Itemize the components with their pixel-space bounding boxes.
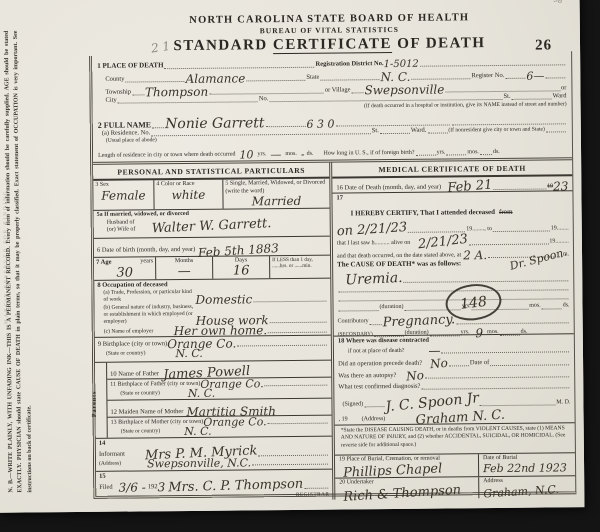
age-days-value: 16 (233, 264, 250, 277)
occupation-c-label: (c) Name of employer (104, 328, 174, 336)
section-18: 18 Where was disease contracted if not a… (334, 334, 575, 425)
operation-label: Did an operation precede death? (338, 360, 422, 369)
title-post: OF DEATH (392, 35, 486, 52)
township-or-label: or (561, 84, 566, 92)
where-contracted-value: — (428, 345, 440, 357)
us-residence-label: How long in U. S., if of foreign birth? (323, 149, 414, 157)
row-spouse: 5a If married, widowed, or divorced Husb… (94, 209, 330, 239)
duration-label: (duration) (380, 304, 404, 312)
dod-label: 16 Date of Death (month, day, and year) (336, 184, 441, 193)
row-sex-race-marital: 3 Sex Female 4 Color or Race white 5 Sin… (93, 179, 329, 212)
reg-district-value: 1-5012 (384, 60, 419, 70)
footnote: *State the DISEASE CAUSING DEATH, or in … (335, 423, 575, 455)
certify-to-19: 19........ (551, 225, 569, 233)
parents-section: Parents 10 Name of Father James Powell 1… (95, 361, 332, 439)
age-less-note: If LESS than 1 day, ......hrs. or ......… (272, 256, 328, 270)
race-value: white (171, 188, 205, 200)
city-no-label: No. (259, 95, 269, 103)
sex-value: Female (101, 189, 145, 201)
age-years-label: years (140, 258, 153, 266)
village-label: or Village (325, 86, 351, 94)
row-occupation: 8 Occupation of deceased (a) Trade, Prof… (94, 278, 331, 337)
certificate-header: NORTH CAROLINA STATE BOARD OF HEALTH BUR… (89, 11, 570, 56)
ds-label: ds. (307, 150, 314, 158)
certify-from-struck: from (499, 208, 513, 216)
nonresident-note: (If nonresident give city or town and St… (448, 126, 545, 134)
father-bp-state-label: (State or country) (120, 390, 160, 398)
row-birthplace: 9 Birthplace (city or town) Orange Co. (… (95, 335, 331, 363)
us-mos-label: mos. (467, 149, 479, 157)
city-st-label: St. (504, 93, 511, 101)
row-father-birthplace: 11 Birthplace of Father (city or town)Or… (107, 378, 331, 401)
state-value: N. C. (380, 71, 410, 83)
certify-statement: I HEREBY CERTIFY, That I attended deceas… (351, 208, 495, 217)
form-columns: PERSONAL AND STATISTICAL PARTICULARS 3 S… (93, 157, 575, 502)
yrs-label: yrs. (257, 151, 266, 159)
township-label: Township (105, 88, 131, 96)
row-father-name: 10 Name of Father James Powell (107, 361, 331, 380)
contributory-label: Contributory (338, 319, 369, 327)
margin-note-text: N. B.—WRITE PLAINLY, WITH UNFADING INK—T… (3, 30, 43, 492)
filed-date-value: 3/6 - (119, 482, 146, 494)
occupation-b-label: (b) General nature of industry, business… (103, 303, 195, 326)
dob-label: 6 Date of birth (month, day, and year) (97, 246, 195, 255)
county-value: Alamance (186, 72, 246, 85)
autopsy-label: Was there an autopsy? (338, 372, 396, 381)
row-mother-birthplace: 13 Birthplace of Mother (city or town)Or… (108, 416, 332, 438)
mos-label: mos. (285, 150, 297, 158)
death-time-value: 2 A. (463, 249, 487, 261)
length-days-value: - (301, 149, 305, 160)
us-ds-label: ds. (493, 148, 500, 156)
where-contracted-label2: if not at place of death? (348, 348, 405, 356)
footnote-text: *State the DISEASE CAUSING DEATH, or in … (341, 426, 569, 450)
operation-value: No (430, 357, 449, 370)
md-label: M. D. (556, 399, 570, 407)
us-yrs-label: yrs. (437, 149, 446, 157)
cause-of-death-value: Uremia. (345, 271, 403, 288)
medical-column: MEDICAL CERTIFICATE OF DEATH 16 Date of … (332, 160, 575, 499)
birthplace-state-label: (State or country) (106, 350, 146, 358)
city-label: City (106, 97, 117, 105)
state-label: State (306, 74, 319, 82)
mother-bp-state-label: (State or country) (121, 428, 161, 436)
register-no-value: 6— (526, 71, 544, 82)
parents-vertical-label: Parents (92, 391, 98, 418)
row-informant: 14 Informant Mrs P. M. Myrick (Address) … (96, 437, 332, 473)
reg-district-label: Registration District No. (315, 60, 383, 69)
title-underlined: CERTIFICATE (273, 36, 392, 54)
age-years-value: 30 (116, 266, 133, 279)
register-no-label: Register No. (471, 72, 504, 80)
signed-address-label: (Address) (362, 416, 386, 424)
residence-ward-label: Ward. (411, 127, 427, 135)
cause-of-death-label: The CAUSE OF DEATH* was as follows: (337, 260, 461, 269)
occupation-a-value: Domestic (195, 293, 252, 306)
certify-to-label: 19........, to (466, 226, 492, 234)
contributory-value: Pregnancy. (382, 313, 455, 329)
filed-label: Filed (99, 484, 112, 492)
scan-background: MARGIN RESERVED FOR BINDING N. B.—WRITE … (0, 0, 600, 532)
autopsy-value: No (406, 369, 425, 382)
length-months-value: — (270, 149, 281, 160)
county-label: County (105, 75, 124, 83)
city-ward-label: Ward (553, 92, 567, 100)
last-saw-label: that I last saw h.......... alive on (337, 240, 410, 248)
age-months-value: — (178, 265, 191, 278)
signed-label: (Signed) (342, 401, 363, 409)
row-undertaker: 20 Undertaker Rich & Thompson Address Gr… (335, 477, 575, 500)
informant-address-label: (Address) (99, 461, 121, 468)
corner-pencil-mark: 98 (553, 0, 563, 5)
cause-code-value: 148 (460, 295, 488, 312)
mother-bp-value: Orange Co. (203, 417, 266, 429)
mother-label: 12 Maiden Name of Mother (110, 408, 183, 417)
mother-bp-state-value: N. C. (184, 426, 212, 437)
duration-ds-label: ds. (563, 303, 570, 311)
pencil-annotation: 2 1 (150, 40, 171, 55)
length-years-value: 10 (239, 149, 253, 160)
father-label: 10 Name of Father (110, 371, 159, 380)
birthplace-label: 9 Birthplace (city or town) (98, 340, 167, 349)
marital-value: Married (252, 195, 302, 207)
section-certify: 17 I HEREBY CERTIFY, That I attended dec… (332, 191, 573, 336)
row-filed: 15 Filed 3/6 - 192 3 Mrs. C. P. Thompson… (96, 470, 332, 502)
duration-mos-label: mos. (529, 303, 541, 311)
length-residence-label: Length of residence in city or town wher… (98, 151, 236, 160)
last-saw-19: 19......... (549, 238, 569, 246)
row-burial: 19 Place of Burial, Cremation, or remova… (335, 453, 575, 479)
signed-19-label: , 19 (339, 416, 348, 424)
occupation-a-label: (a) Trade, Profession, or particular kin… (103, 289, 195, 304)
date-of-label: Date of (470, 359, 489, 367)
place-section-label: 1 PLACE OF DEATH (97, 61, 163, 70)
residence-st-label: St. (372, 127, 379, 135)
certificate-paper: MARGIN RESERVED FOR BINDING N. B.—WRITE … (0, 0, 584, 513)
burial-date-value: Feb 22nd 1923 (483, 462, 571, 474)
filed-year-hw: 3 (158, 482, 166, 494)
filed-year-print: 192 (148, 484, 158, 492)
title-pre: STANDARD (173, 37, 273, 54)
test-confirmed-label: What test confirmed diagnosis? (338, 383, 420, 392)
father-bp-state-value: N. C. (188, 388, 216, 399)
informant-label: Informant (99, 451, 125, 459)
row-date-of-birth: 6 Date of birth (month, day, and year) F… (94, 237, 330, 257)
age-label: 7 Age (96, 258, 111, 266)
certificate-form: 1 PLACE OF DEATH Registration District N… (89, 51, 576, 499)
personal-column: PERSONAL AND STATISTICAL PARTICULARS 3 S… (93, 163, 335, 502)
birthplace-state-value: N. C. (175, 348, 203, 359)
